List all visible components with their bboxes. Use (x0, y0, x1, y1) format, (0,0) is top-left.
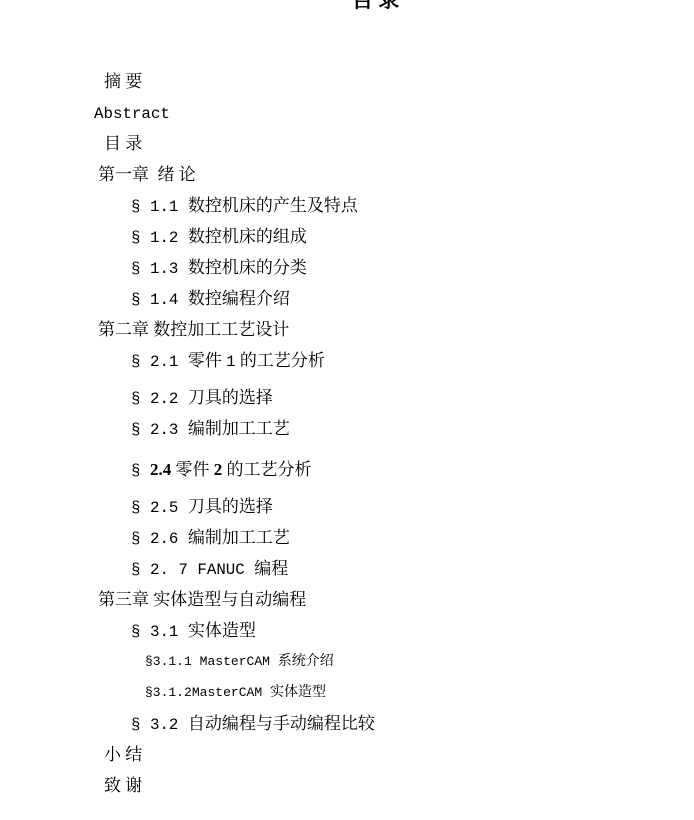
toc-text-run: 数控编程介绍 (188, 289, 290, 308)
toc-item: §3.1.1 MasterCAM 系统介绍 (0, 646, 694, 677)
toc-text-run: 系统介绍 (278, 654, 334, 669)
toc-text-run: 自动编程与手动编程比较 (188, 714, 375, 733)
toc-text-run: 编程 (254, 559, 288, 578)
toc-text-run: § 1.3 (131, 260, 188, 278)
toc-text-run: 零件 (188, 351, 226, 370)
toc-text-run: § 2.6 (131, 530, 188, 548)
toc-text-run: 零件 (171, 460, 214, 479)
toc-item: § 3.1 实体造型 (0, 615, 694, 646)
toc-item: § 2. 7 FANUC 编程 (0, 553, 694, 584)
toc-text-run: 第三章 实体造型与自动编程 (98, 590, 306, 609)
table-of-contents: 摘 要Abstract目 录第一章 绪 论§ 1.1 数控机床的产生及特点§ 1… (0, 66, 694, 801)
toc-text-run: § 1.4 (131, 291, 188, 309)
toc-text-run: § 2.3 (131, 421, 188, 439)
toc-text-run: 小 结 (104, 745, 142, 764)
toc-text-run: §3.1.1 MasterCAM (145, 654, 278, 669)
toc-item: § 2.4 零件 2 的工艺分析 (0, 454, 694, 485)
toc-text-run: § 1.1 (131, 198, 188, 216)
toc-item: § 1.2 数控机床的组成 (0, 221, 694, 252)
toc-item: § 1.1 数控机床的产生及特点 (0, 190, 694, 221)
toc-text-run: 2 (214, 460, 223, 479)
page-title: 目 录 (352, 0, 399, 11)
toc-text-run: 编制加工工艺 (188, 528, 290, 547)
toc-item: 摘 要 (0, 66, 694, 97)
toc-item: § 3.2 自动编程与手动编程比较 (0, 708, 694, 739)
toc-item: § 1.4 数控编程介绍 (0, 283, 694, 314)
toc-text-run: § 2.2 (131, 390, 188, 408)
toc-text-run: 数控机床的组成 (188, 227, 307, 246)
toc-text-run: 数控机床的分类 (188, 258, 307, 277)
toc-text-run: 1 (226, 353, 235, 371)
toc-text-run: 实体造型 (188, 621, 256, 640)
toc-text-run: 实体造型 (270, 685, 326, 700)
toc-text-run: 摘 要 (104, 72, 142, 91)
toc-text-run: 刀具的选择 (188, 497, 273, 516)
toc-item: § 2.5 刀具的选择 (0, 491, 694, 522)
toc-text-run: Abstract (94, 105, 170, 123)
toc-item: 致 谢 (0, 770, 694, 801)
document-page: 目 录 摘 要Abstract目 录第一章 绪 论§ 1.1 数控机床的产生及特… (0, 0, 694, 820)
toc-text-run: § 3.2 (131, 716, 188, 734)
toc-text-run: § 1.2 (131, 229, 188, 247)
toc-item: 小 结 (0, 739, 694, 770)
toc-text-run: 致 谢 (104, 776, 142, 795)
toc-text-run: § 3.1 (131, 623, 188, 641)
toc-text-run: 编制加工工艺 (188, 419, 290, 438)
toc-text-run: § 2.5 (131, 499, 188, 517)
toc-item: §3.1.2MasterCAM 实体造型 (0, 677, 694, 708)
toc-text-run: 第一章 绪 论 (98, 165, 196, 184)
toc-item: § 2.1 零件 1 的工艺分析 (0, 345, 694, 376)
toc-item: 第三章 实体造型与自动编程 (0, 584, 694, 615)
toc-item: § 2.2 刀具的选择 (0, 382, 694, 413)
toc-text-run: § 2.1 (131, 353, 188, 371)
toc-text-run: § (131, 462, 150, 480)
toc-item: 第二章 数控加工工艺设计 (0, 314, 694, 345)
toc-text-run: 第二章 数控加工工艺设计 (98, 320, 289, 339)
toc-item: Abstract (0, 97, 694, 128)
toc-text-run: § 2. 7 FANUC (131, 561, 254, 579)
toc-text-run: §3.1.2MasterCAM (145, 685, 270, 700)
toc-text-run: 刀具的选择 (188, 388, 273, 407)
toc-text-run: 数控机床的产生及特点 (188, 196, 358, 215)
toc-item: 目 录 (0, 128, 694, 159)
toc-item: § 2.3 编制加工工艺 (0, 413, 694, 444)
toc-text-run: 的工艺分析 (236, 351, 325, 370)
toc-text-run: 的工艺分析 (222, 460, 311, 479)
toc-text-run: 目 录 (104, 134, 142, 153)
toc-item: § 1.3 数控机床的分类 (0, 252, 694, 283)
toc-item: 第一章 绪 论 (0, 159, 694, 190)
toc-text-run: 2.4 (150, 460, 171, 479)
toc-item: § 2.6 编制加工工艺 (0, 522, 694, 553)
